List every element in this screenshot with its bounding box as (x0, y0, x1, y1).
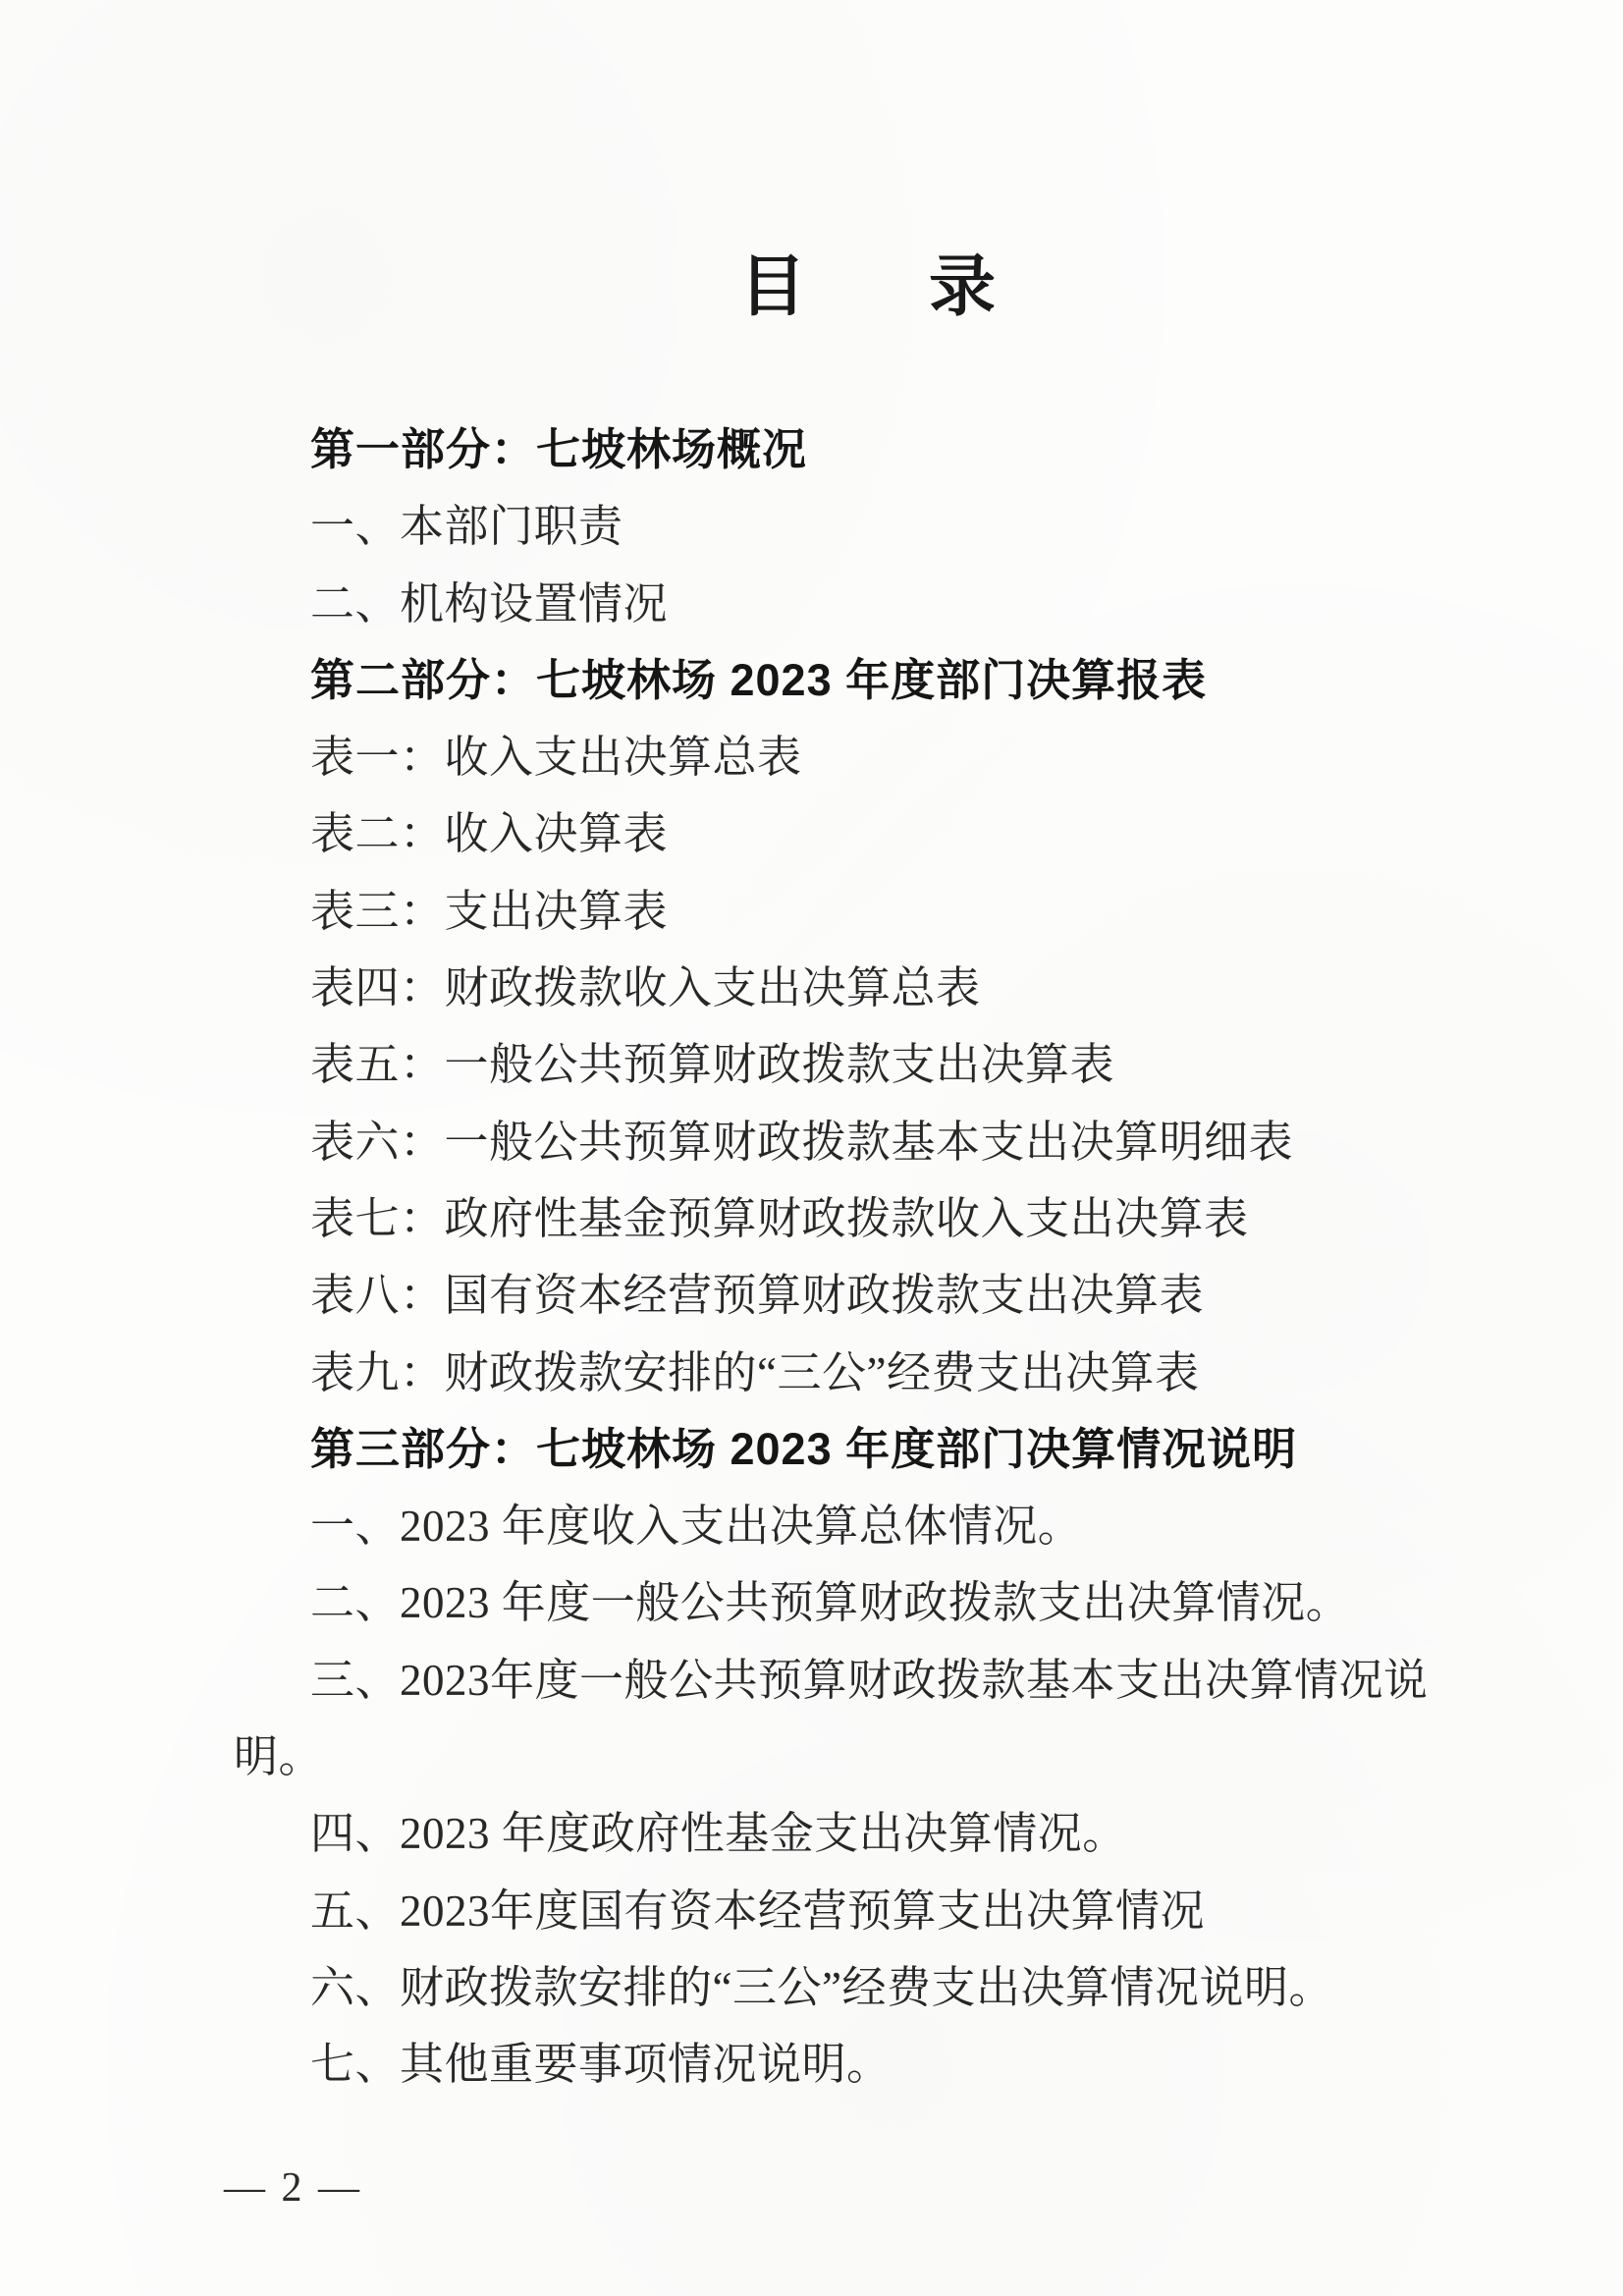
toc-entry: 表一：收入支出决算总表 (0, 719, 1623, 795)
toc-entry: 一、2023 年度收入支出决算总体情况。 (0, 1488, 1623, 1564)
toc-section-header: 第三部分：七坡林场 2023 年度部门决算情况说明 (0, 1411, 1623, 1488)
toc-entry: 四、2023 年度政府性基金支出决算情况。 (0, 1795, 1623, 1872)
toc-entry: 表六：一般公共预算财政拨款基本支出决算明细表 (0, 1104, 1623, 1180)
page-title: 目 录 (56, 247, 1623, 326)
page-number: — 2 — (224, 2160, 359, 2215)
toc-entry: 表四：财政拨款收入支出决算总表 (0, 950, 1623, 1026)
toc-entry: 表九：财政拨款安排的“三公”经费支出决算表 (0, 1335, 1623, 1411)
toc-entry: 二、机构设置情况 (0, 566, 1623, 642)
toc-list: 第一部分：七坡林场概况一、本部门职责二、机构设置情况第二部分：七坡林场 2023… (0, 411, 1623, 2104)
toc-entry: 三、2023年度一般公共预算财政拨款基本支出决算情况说 (0, 1642, 1623, 1719)
toc-section-header: 第一部分：七坡林场概况 (0, 411, 1623, 488)
toc-entry: 五、2023年度国有资本经营预算支出决算情况 (0, 1873, 1623, 1949)
toc-entry: 六、财政拨款安排的“三公”经费支出决算情况说明。 (0, 1949, 1623, 2026)
toc-entry: 一、本部门职责 (0, 488, 1623, 565)
toc-section-header: 第二部分：七坡林场 2023 年度部门决算报表 (0, 642, 1623, 719)
scanned-document-page: 目 录 第一部分：七坡林场概况一、本部门职责二、机构设置情况第二部分：七坡林场 … (0, 0, 1623, 2296)
toc-entry: 七、其他重要事项情况说明。 (0, 2026, 1623, 2103)
toc-entry: 表二：收入决算表 (0, 795, 1623, 872)
toc-entry: 表八：国有资本经营预算财政拨款支出决算表 (0, 1257, 1623, 1334)
toc-entry: 表七：政府性基金预算财政拨款收入支出决算表 (0, 1180, 1623, 1257)
toc-entry: 二、2023 年度一般公共预算财政拨款支出决算情况。 (0, 1564, 1623, 1641)
toc-entry: 明。 (0, 1719, 1623, 1795)
toc-entry: 表五：一般公共预算财政拨款支出决算表 (0, 1026, 1623, 1103)
toc-entry: 表三：支出决算表 (0, 873, 1623, 950)
